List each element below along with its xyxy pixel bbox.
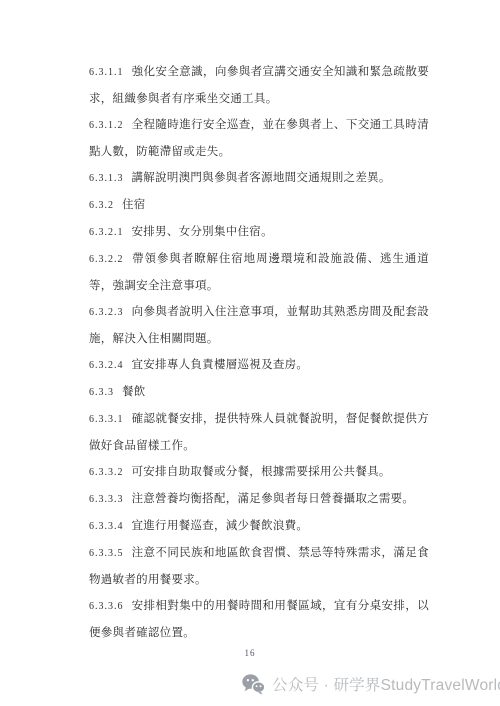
- clause-text: 餐飲: [122, 386, 146, 398]
- doc-paragraph: 6.3.3.2可安排自助取餐或分餐，根據需要採用公共餐具。: [89, 459, 429, 486]
- doc-paragraph: 6.3.2.3向參與者說明入住注意事項，並幫助其熟悉房間及配套設施，解決入住相關…: [89, 299, 429, 352]
- clause-text: 宜安排專人負責樓層巡視及查房。: [132, 359, 309, 371]
- clause-text: 注意不同民族和地區飲食習慣、禁忌等特殊需求，滿足食物過敏者的用餐要求。: [89, 547, 429, 586]
- clause-number: 6.3.2.3: [89, 307, 124, 318]
- doc-paragraph: 6.3.2.4宜安排專人負責樓層巡視及查房。: [89, 352, 429, 379]
- doc-paragraph: 6.3.3.5注意不同民族和地區飲食習慣、禁忌等特殊需求，滿足食物過敏者的用餐要…: [89, 540, 429, 593]
- wechat-icon: [242, 674, 265, 695]
- doc-paragraph: 6.3.3.4宜進行用餐巡查，減少餐飲浪費。: [89, 513, 429, 540]
- clause-text: 宜進行用餐巡查，減少餐飲浪費。: [132, 520, 309, 532]
- clause-text: 講解說明澳門與參與者客源地間交通規則之差異。: [132, 172, 391, 184]
- clause-number: 6.3.2.1: [89, 227, 124, 238]
- clause-text: 安排男、女分別集中住宿。: [132, 226, 273, 238]
- clause-number: 6.3.3.4: [89, 521, 124, 532]
- clause-text: 強化安全意識，向參與者宣講交通安全知識和緊急疏散要求，組織參與者有序乘坐交通工具…: [89, 66, 429, 105]
- clause-number: 6.3.2: [89, 200, 114, 211]
- doc-paragraph: 6.3.1.2全程隨時進行安全巡查，並在參與者上、下交通工具時清點人數，防範滯留…: [89, 112, 429, 165]
- clause-number: 6.3.3.1: [89, 414, 124, 425]
- clause-number: 6.3.3.6: [89, 601, 124, 612]
- clause-number: 6.3.1.3: [89, 173, 124, 184]
- clause-number: 6.3.3.3: [89, 494, 124, 505]
- clause-number: 6.3.3.2: [89, 467, 124, 478]
- clause-number: 6.3.3.5: [89, 548, 124, 559]
- clause-number: 6.3.1.2: [89, 120, 124, 131]
- document-body: 6.3.1.1強化安全意識，向參與者宣講交通安全知識和緊急疏散要求，組織參與者有…: [89, 59, 429, 646]
- doc-paragraph: 6.3.1.3講解說明澳門與參與者客源地間交通規則之差異。: [89, 165, 429, 192]
- clause-text: 可安排自助取餐或分餐，根據需要採用公共餐具。: [132, 466, 391, 478]
- clause-number: 6.3.2.4: [89, 360, 124, 371]
- clause-text: 全程隨時進行安全巡查，並在參與者上、下交通工具時清點人數，防範滯留或走失。: [89, 119, 429, 158]
- footer-watermark: 公众号 · 研学界StudyTravelWorld: [242, 671, 500, 697]
- doc-paragraph: 6.3.3.1確認就餐安排，提供特殊人員就餐說明，督促餐飲提供方做好食品留樣工作…: [89, 406, 429, 459]
- clause-number: 6.3.3: [89, 387, 114, 398]
- doc-paragraph: 6.3.3.6安排相對集中的用餐時間和用餐區域，宜有分桌安排，以便參與者確認位置…: [89, 593, 429, 646]
- page-number: 16: [0, 648, 500, 658]
- doc-paragraph: 6.3.1.1強化安全意識，向參與者宣講交通安全知識和緊急疏散要求，組織參與者有…: [89, 59, 429, 112]
- clause-text: 安排相對集中的用餐時間和用餐區域，宜有分桌安排，以便參與者確認位置。: [89, 600, 429, 639]
- doc-paragraph: 6.3.2.1安排男、女分別集中住宿。: [89, 219, 429, 246]
- doc-heading: 6.3.2住宿: [89, 192, 429, 219]
- clause-text: 確認就餐安排，提供特殊人員就餐說明，督促餐飲提供方做好食品留樣工作。: [89, 413, 429, 452]
- clause-text: 向參與者說明入住注意事項，並幫助其熟悉房間及配套設施，解決入住相關問題。: [89, 306, 429, 345]
- doc-heading: 6.3.3餐飲: [89, 379, 429, 406]
- doc-paragraph: 6.3.3.3注意營養均衡搭配，滿足參與者每日營養攝取之需要。: [89, 486, 429, 513]
- clause-text: 帶領參與者瞭解住宿地周邊環境和設施設備、逃生通道等，強調安全注意事項。: [89, 253, 429, 292]
- clause-text: 住宿: [122, 199, 146, 211]
- clause-number: 6.3.1.1: [89, 67, 124, 78]
- clause-text: 注意營養均衡搭配，滿足參與者每日營養攝取之需要。: [132, 493, 415, 505]
- clause-number: 6.3.2.2: [89, 254, 124, 265]
- doc-paragraph: 6.3.2.2帶領參與者瞭解住宿地周邊環境和設施設備、逃生通道等，強調安全注意事…: [89, 246, 429, 299]
- document-page: 6.3.1.1強化安全意識，向參與者宣講交通安全知識和緊急疏散要求，組織參與者有…: [0, 0, 500, 706]
- watermark-text: 公众号 · 研学界StudyTravelWorld: [272, 673, 500, 695]
